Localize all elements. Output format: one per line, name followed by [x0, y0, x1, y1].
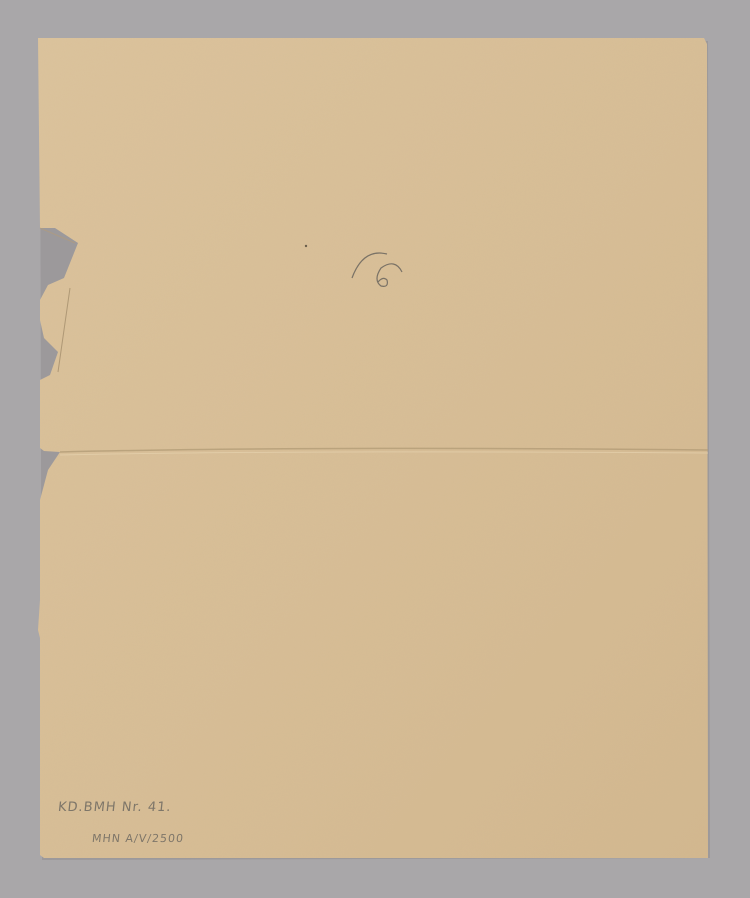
paper-sheet — [0, 0, 750, 898]
catalog-annotation: KD.BMH Nr. 41. — [57, 800, 172, 815]
inventory-number: MHN A/V/2500 — [91, 832, 184, 845]
page-number-mark — [345, 240, 425, 300]
